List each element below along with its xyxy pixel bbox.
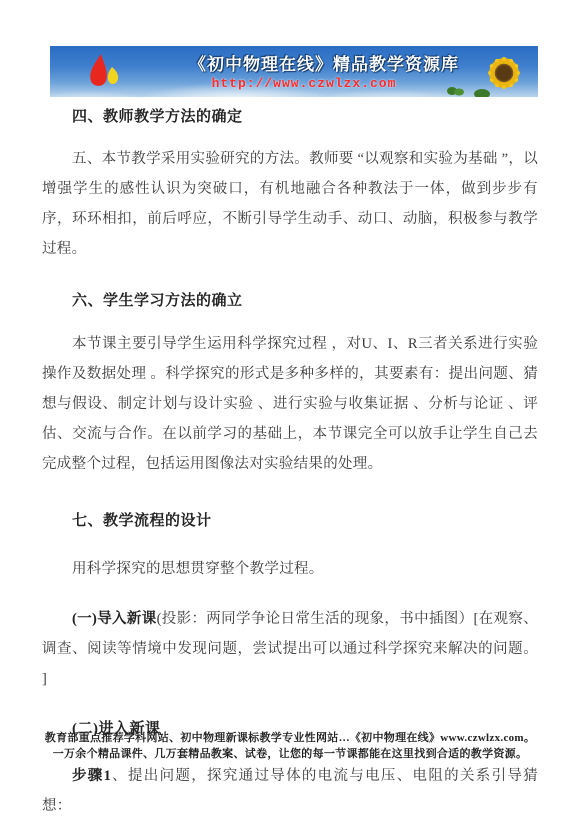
paragraph-six: 本节课主要引导学生运用科学探究过程 ，对U、I、R三者关系进行实验操作及数据处理…	[42, 329, 538, 479]
banner-title: 《初中物理在线》精品教学资源库	[50, 50, 538, 75]
site-banner: 《初中物理在线》精品教学资源库 http://www.czwlzx.com	[50, 46, 538, 97]
paragraph-five: 五、本节教学采用实验研究的方法。教师要 “以观察和实验为基础 ”，以增强学生的感…	[42, 144, 538, 264]
plant-icon	[446, 82, 466, 97]
step1-lead-label: 步骤1	[72, 768, 111, 784]
heading-student-methods: 六、学生学习方法的确立	[42, 286, 538, 316]
heading-teacher-methods: 四、教师教学方法的确定	[42, 102, 538, 132]
paragraph-step1: 步骤1、提出问题，探究通过导体的电流与电压、电阻的关系引导猜想：	[42, 761, 538, 819]
paragraph-intro: (一)导入新课(投影：两同学争论日常生活的现象，书中插图）[在观察、调查、阅读等…	[42, 604, 538, 694]
heading-teaching-flow: 七、教学流程的设计	[42, 506, 538, 536]
document-page: 《初中物理在线》精品教学资源库 http://www.czwlzx.com	[0, 0, 580, 819]
sunflower-icon	[472, 48, 534, 97]
intro-lead-label: (一)导入新课	[72, 611, 157, 627]
document-content: 四、教师教学方法的确定 五、本节教学采用实验研究的方法。教师要 “以观察和实验为…	[42, 97, 538, 819]
step1-rest-text: 、提出问题，探究通过导体的电流与电压、电阻的关系引导猜想：	[42, 768, 538, 814]
paragraph-idea: 用科学探究的思想贯穿整个教学过程。	[42, 554, 538, 584]
footer-promo-text: 教育部重点推荐学科网站、初中物理新课标教学专业性网站…《初中物理在线》www.c…	[42, 731, 538, 762]
